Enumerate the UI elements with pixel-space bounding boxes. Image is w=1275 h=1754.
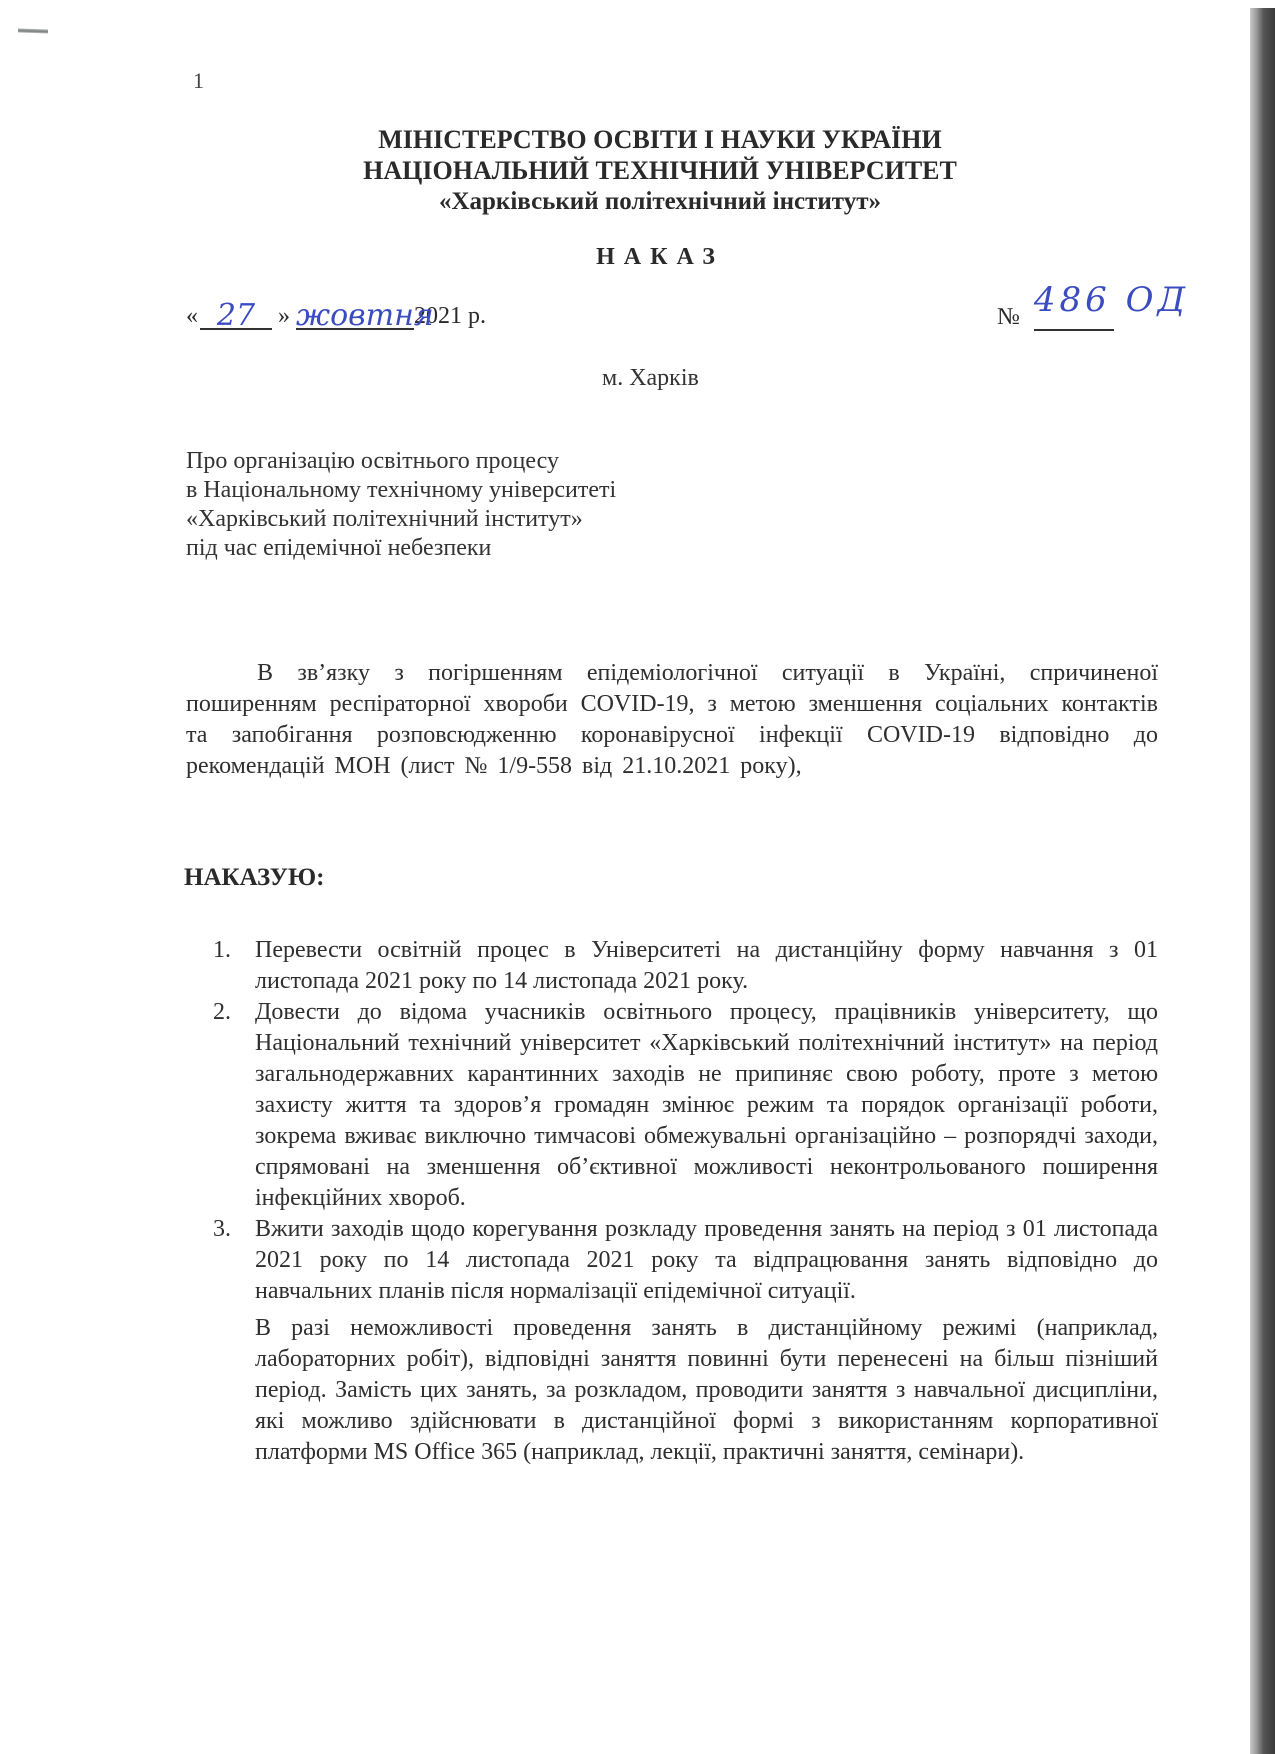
city: м. Харків [602, 365, 699, 392]
subject-line: Про організацію освітнього процесу [186, 447, 616, 476]
document-page: 1 МІНІСТЕРСТВО ОСВІТИ І НАУКИ УКРАЇНИ НА… [0, 0, 1250, 1754]
page-number: 1 [193, 68, 204, 94]
item-subparagraph: В разі неможливості проведення занять в … [255, 1313, 1158, 1468]
item-number: 1. [213, 935, 231, 966]
order-item: 2. Довести до відома учасників освітньог… [213, 997, 1158, 1214]
item-text: Перевести освітній процес в Університеті… [255, 935, 1158, 997]
letterhead: МІНІСТЕРСТВО ОСВІТИ І НАУКИ УКРАЇНИ НАЦІ… [0, 124, 1250, 217]
order-directive-heading: НАКАЗУЮ: [184, 864, 324, 892]
order-date: « 27 » жовтня 2021 р. [186, 297, 486, 330]
order-title: НАКАЗ [0, 244, 1250, 271]
date-open-quote: « [186, 303, 198, 330]
date-day-field: 27 [200, 297, 272, 330]
university-name: НАЦІОНАЛЬНИЙ ТЕХНІЧНИЙ УНІВЕРСИТЕТ [0, 155, 1250, 186]
order-items-list: 1. Перевести освітній процес в Університ… [213, 935, 1158, 1468]
order-item: 1. Перевести освітній процес в Університ… [213, 935, 1158, 997]
item-text: Довести до відома учасників освітнього п… [255, 997, 1158, 1214]
scanner-edge-shadow [1250, 8, 1275, 1754]
ministry-name: МІНІСТЕРСТВО ОСВІТИ І НАУКИ УКРАЇНИ [0, 124, 1250, 155]
date-month-handwritten: жовтня [296, 298, 434, 333]
order-item: 3. Вжити заходів щодо корегування розкла… [213, 1214, 1158, 1468]
order-subject: Про організацію освітнього процесу в Нац… [186, 447, 616, 563]
institute-name: «Харківський політехнічний інститут» [0, 186, 1250, 217]
date-day-handwritten: 27 [217, 298, 255, 333]
order-number-field: 486 ОД [1034, 295, 1114, 331]
number-sign: № [997, 304, 1020, 331]
item-number: 2. [213, 997, 231, 1028]
scan-artifact-mark [18, 28, 48, 33]
date-month-field: жовтня [296, 297, 414, 330]
order-number-handwritten: 486 ОД [1034, 280, 1189, 320]
subject-line: під час епідемічної небезпеки [186, 534, 616, 563]
subject-line: «Харківський політехнічний інститут» [186, 505, 616, 534]
item-text: Вжити заходів щодо корегування розкладу … [255, 1214, 1158, 1307]
preamble-paragraph: В зв’язку з погіршенням епідеміологічної… [186, 658, 1158, 782]
item-number: 3. [213, 1214, 231, 1245]
date-close-quote: » [278, 303, 290, 330]
order-number: № 486 ОД [997, 295, 1114, 331]
subject-line: в Національному технічному університеті [186, 476, 616, 505]
